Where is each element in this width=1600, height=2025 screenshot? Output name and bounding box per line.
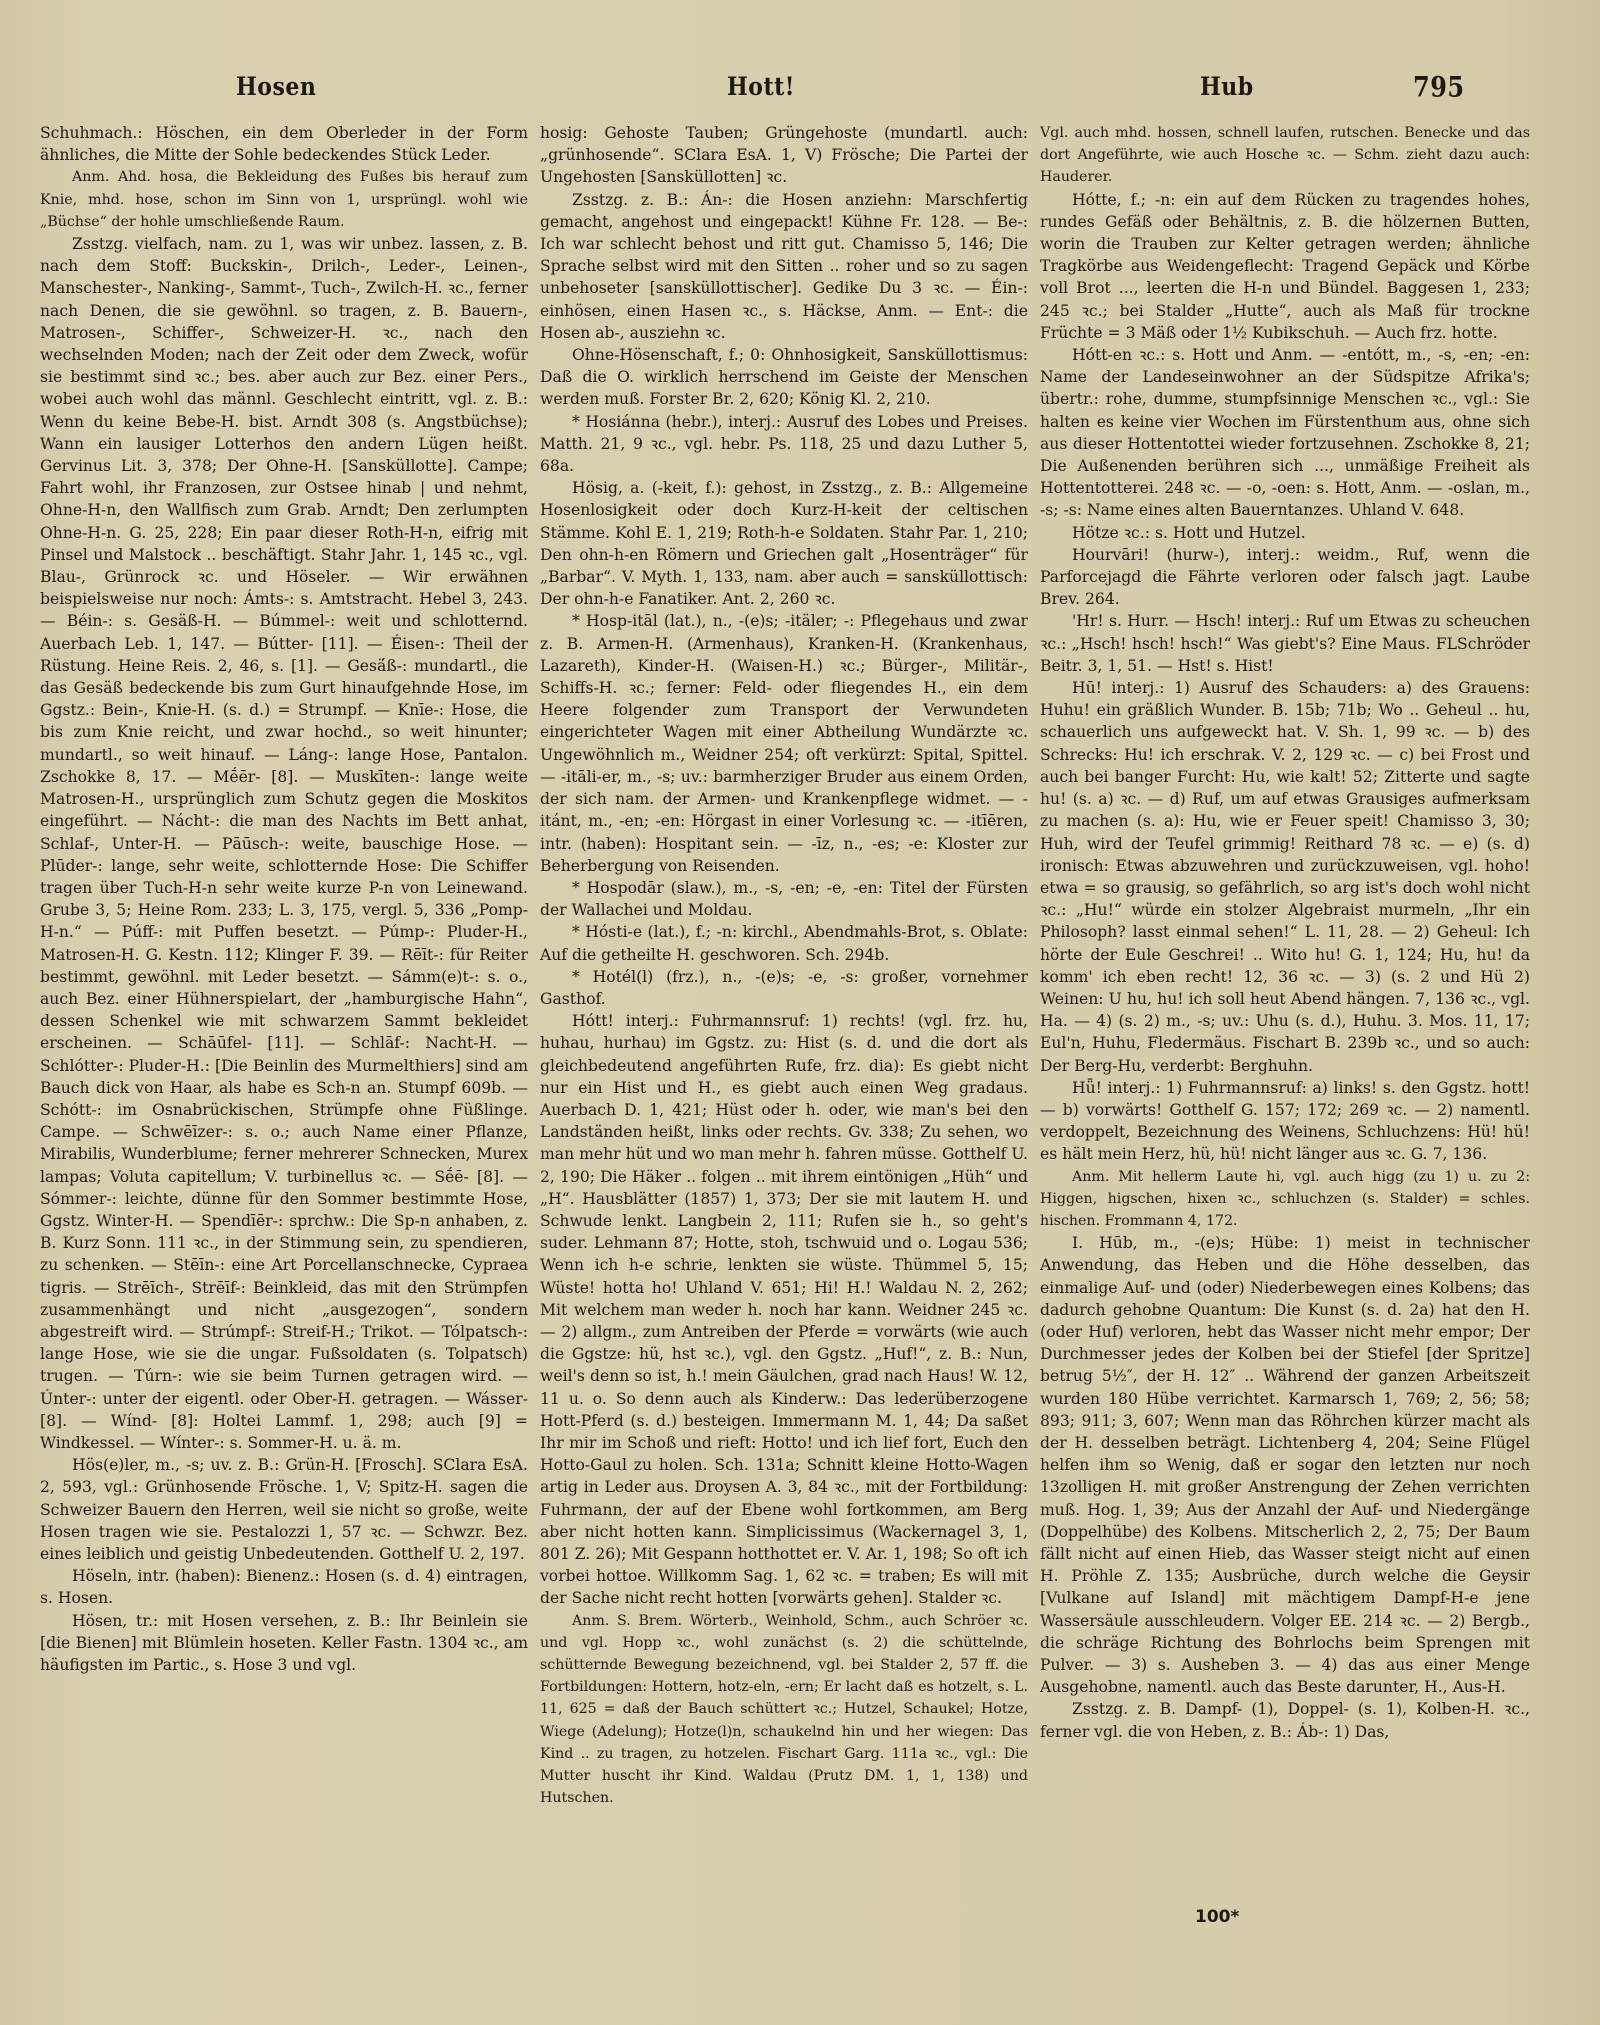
dictionary-entry: Hourvāri! (hurw-), interj.: weidm., Ruf,… — [1040, 544, 1530, 611]
dictionary-entry: Hótte, f.; -n: ein auf dem Rücken zu tra… — [1040, 189, 1530, 344]
dictionary-entry: Hösen, tr.: mit Hosen versehen, z. B.: I… — [40, 1610, 528, 1677]
dictionary-entry: 'Hr! s. Hurr. — Hsch! interj.: Ruf um Et… — [1040, 610, 1530, 677]
dictionary-entry: Hū! interj.: 1) Ausruf des Schauders: a)… — [1040, 677, 1530, 1077]
dictionary-entry: hosig: Gehoste Tauben; Grüngehoste (mund… — [540, 122, 1028, 189]
annotation-paragraph: Anm. Ahd. hosa, die Bekleidung des Fußes… — [40, 166, 528, 233]
running-head-left: Hosen — [236, 72, 316, 102]
running-head-center: Hott! — [727, 72, 795, 102]
dictionary-entry: Ohne-Hösenschaft, f.; 0: Ohnhosigkeit, S… — [540, 344, 1028, 411]
dictionary-entry: * Hosiánna (hebr.), interj.: Ausruf des … — [540, 411, 1028, 478]
dictionary-entry: Hǖ! interj.: 1) Fuhrmannsruf: a) links! … — [1040, 1077, 1530, 1166]
dictionary-entry: Hötze ꝛc.: s. Hott und Hutzel. — [1040, 522, 1530, 544]
annotation-paragraph: Anm. S. Brem. Wörterb., Weinhold, Schm.,… — [540, 1610, 1028, 1810]
dictionary-entry: * Hosp-itāl (lat.), n., -(e)s; -itäler; … — [540, 610, 1028, 876]
column-1: Schuhmach.: Höschen, ein dem Oberleder i… — [40, 122, 528, 1676]
annotation-paragraph: Vgl. auch mhd. hossen, schnell laufen, r… — [1040, 122, 1530, 189]
dictionary-entry: Hótt-en ꝛc.: s. Hott und Anm. — -entótt,… — [1040, 344, 1530, 522]
printer-signature: 100* — [1195, 1907, 1239, 1927]
column-3: Vgl. auch mhd. hossen, schnell laufen, r… — [1040, 122, 1530, 1743]
page-number: 795 — [1413, 70, 1465, 103]
dictionary-entry: Höseln, intr. (haben): Bienenz.: Hosen (… — [40, 1565, 528, 1609]
dictionary-entry: * Hospodār (slaw.), m., -s, -en; -e, -en… — [540, 877, 1028, 921]
dictionary-entry: I. Hūb, m., -(e)s; Hübe: 1) meist in tec… — [1040, 1232, 1530, 1698]
dictionary-entry: Hótt! interj.: Fuhrmannsruf: 1) rechts! … — [540, 1010, 1028, 1609]
dictionary-entry: Hösig, a. (-keit, f.): gehost, in Zsstzg… — [540, 477, 1028, 610]
running-header: Hosen Hott! Hub 795 — [0, 60, 1600, 100]
dictionary-entry: * Hósti-e (lat.), f.; -n: kirchl., Abend… — [540, 921, 1028, 965]
column-2: hosig: Gehoste Tauben; Grüngehoste (mund… — [540, 122, 1028, 1809]
dictionary-entry: Hös(e)ler, m., -s; uv. z. B.: Grün-H. [F… — [40, 1454, 528, 1565]
dictionary-entry: Zsstzg. z. B.: Án-: die Hosen anziehn: M… — [540, 189, 1028, 344]
dictionary-entry: Schuhmach.: Höschen, ein dem Oberleder i… — [40, 122, 528, 166]
dictionary-columns: Schuhmach.: Höschen, ein dem Oberleder i… — [40, 122, 1535, 1992]
dictionary-entry: * Hotél(l) (frz.), n., -(e)s; -e, -s: gr… — [540, 966, 1028, 1010]
annotation-paragraph: Anm. Mit hellerm Laute hi, vgl. auch hig… — [1040, 1166, 1530, 1233]
dictionary-entry: Zsstzg. vielfach, nam. zu 1, was wir unb… — [40, 233, 528, 1454]
dictionary-entry: Zsstzg. z. B. Dampf- (1), Doppel- (s. 1)… — [1040, 1698, 1530, 1742]
running-head-right: Hub — [1200, 72, 1254, 102]
